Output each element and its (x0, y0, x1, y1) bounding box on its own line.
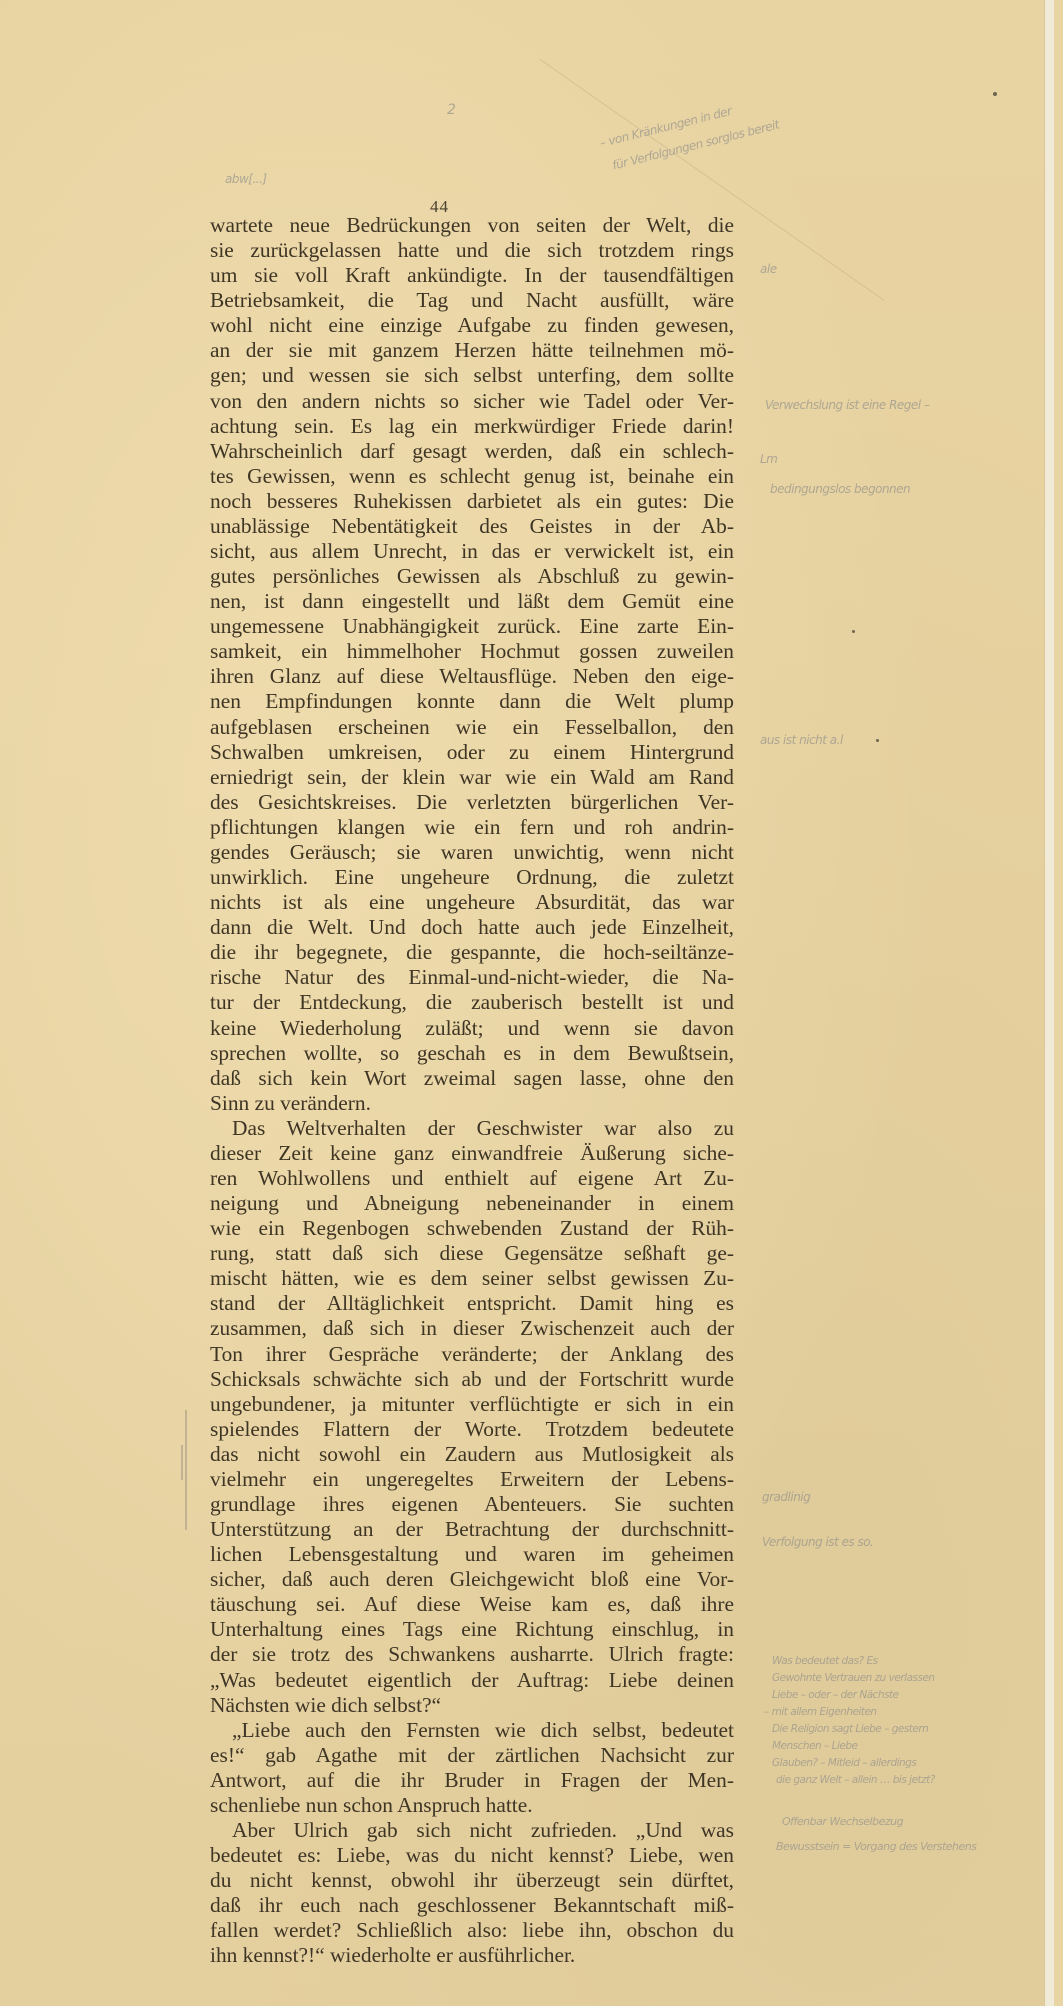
text-line: vielmehr ein ungeregeltes Erweitern der … (210, 1467, 734, 1492)
text-line: spielendes Flattern der Worte. Trotzdem … (210, 1417, 734, 1442)
pencil-note-margin-5: aus ist nicht a.l (760, 733, 843, 747)
text-line: noch besseres Ruhekissen darbietet als e… (210, 489, 734, 514)
text-line: tes Gewissen, wenn es schlecht genug ist… (210, 464, 734, 489)
text-line: unwirklich. Eine ungeheure Ordnung, die … (210, 865, 734, 890)
pencil-note-margin-14: Glauben? – Mitleid – allerdings (772, 1757, 916, 1769)
text-line: Ton ihrer Gespräche veränderte; der Ankl… (210, 1342, 734, 1367)
text-line: gen; und wessen sie sich selbst unterfin… (210, 363, 734, 388)
text-line: tur der Entdeckung, die zauberisch beste… (210, 990, 734, 1015)
text-line: zusammen, daß sich in dieser Zwischenzei… (210, 1316, 734, 1341)
text-line: daß sich kein Wort zweimal sagen lasse, … (210, 1066, 734, 1091)
text-line: stand der Alltäglichkeit entspricht. Dam… (210, 1291, 734, 1316)
text-line: du nicht kennst, obwohl ihr überzeugt se… (210, 1868, 734, 1893)
paragraph-end-line: ihn kennst?!“ wiederholte er ausführlich… (210, 1943, 734, 1968)
text-line: sie zurückgelassen hatte und die sich tr… (210, 238, 734, 263)
paragraph-end-line: Sinn zu verändern. (210, 1091, 734, 1116)
pencil-mark-top: 2 (447, 102, 455, 118)
text-line: des Gesichtskreises. Die verletzten bürg… (210, 790, 734, 815)
text-line: erniedrigt sein, der klein war wie ein W… (210, 765, 734, 790)
text-line: Betriebsamkeit, die Tag und Nacht ausfül… (210, 288, 734, 313)
pencil-note-margin-3: Lm (760, 452, 777, 466)
text-line: es!“ gab Agathe mit der zärtlichen Nachs… (210, 1743, 734, 1768)
text-line: dieser Zeit keine ganz einwandfreie Äuße… (210, 1141, 734, 1166)
pencil-note-margin-2: Verwechslung ist eine Regel – (765, 398, 929, 412)
text-line: grundlage ihres eigenen Abenteuers. Sie … (210, 1492, 734, 1517)
text-line: ungebundener, ja mitunter verflüchtigte … (210, 1392, 734, 1417)
document-page: 2 – von Kränkungen in der für Verfolgung… (0, 0, 1054, 2006)
text-line: nen Empfindungen konnte dann die Welt pl… (210, 689, 734, 714)
paper-spot (876, 739, 879, 742)
pencil-note-margin-12: Die Religion sagt Liebe – gestern (772, 1723, 928, 1735)
text-line: an der sie mit ganzem Herzen hätte teiln… (210, 338, 734, 363)
pencil-note-margin-13: Menschen – Liebe (772, 1740, 857, 1752)
text-line: Schicksals schwächte sich ab und der For… (210, 1367, 734, 1392)
pencil-margin-bar (181, 1445, 183, 1480)
pencil-note-margin-11: – mit allem Eigenheiten (764, 1706, 877, 1718)
paragraph-end-line: Nächsten wie dich selbst?“ (210, 1693, 734, 1718)
paper-spot (852, 630, 855, 633)
text-line: gendes Geräusch; sie waren unwichtig, we… (210, 840, 734, 865)
text-line: rische Natur des Einmal-und-nicht-wieder… (210, 965, 734, 990)
pencil-note-margin-17: Bewusstsein = Vorgang des Verstehens (776, 1840, 977, 1853)
text-line: lichen Lebensgestaltung und waren im geh… (210, 1542, 734, 1567)
text-line: rung, statt daß sich diese Gegensätze se… (210, 1241, 734, 1266)
paragraph-start-line: Aber Ulrich gab sich nicht zufrieden. „U… (210, 1818, 734, 1843)
text-line: das nicht sowohl ein Zaudern aus Mutlosi… (210, 1442, 734, 1467)
text-line: von den andern nichts so sicher wie Tade… (210, 389, 734, 414)
text-line: gutes persönliches Gewissen als Abschluß… (210, 564, 734, 589)
page-edge (1044, 0, 1054, 2006)
pencil-note-margin-1: ale (760, 262, 777, 276)
pencil-note-margin-10: Liebe – oder – der Nächste (772, 1689, 899, 1701)
text-line: ren Wohlwollens und enthielt auf eigene … (210, 1166, 734, 1191)
text-line: wie ein Regenbogen schwebenden Zustand d… (210, 1216, 734, 1241)
text-line: Antwort, auf die ihr Bruder in Fragen de… (210, 1768, 734, 1793)
text-line: bedeutet es: Liebe, was du nicht kennst?… (210, 1843, 734, 1868)
text-line: ungemessene Unabhängigkeit zurück. Eine … (210, 614, 734, 639)
text-line: ihren Glanz auf diese Weltausflüge. Nebe… (210, 664, 734, 689)
pencil-note-margin-9: Gewohnte Vertrauen zu verlassen (772, 1672, 935, 1684)
text-line: mischt hätten, wie es dem seiner selbst … (210, 1266, 734, 1291)
pencil-note-margin-16: Offenbar Wechselbezug (782, 1815, 903, 1828)
text-line: um sie voll Kraft ankündigte. In der tau… (210, 263, 734, 288)
pencil-note-margin-7: Verfolgung ist es so. (762, 1535, 873, 1549)
text-line: Schwalben umkreisen, oder zu einem Hinte… (210, 740, 734, 765)
text-line: samkeit, ein himmelhoher Hochmut gossen … (210, 639, 734, 664)
body-text: wartete neue Bedrückungen von seiten der… (210, 213, 734, 1968)
text-line: die ihr begegnete, die gespannte, die ho… (210, 940, 734, 965)
text-line: täuschung sei. Auf diese Weise kam es, d… (210, 1592, 734, 1617)
text-line: daß ihr euch nach geschlossener Bekannts… (210, 1893, 734, 1918)
text-line: nen, ist dann eingestellt und läßt dem G… (210, 589, 734, 614)
text-line: achtung sein. Es lag ein merkwürdiger Fr… (210, 414, 734, 439)
text-line: „Was bedeutet eigentlich der Auftrag: Li… (210, 1668, 734, 1693)
text-line: unablässige Nebentätigkeit des Geistes i… (210, 514, 734, 539)
text-line: aufgeblasen erscheinen wie ein Fesselbal… (210, 715, 734, 740)
text-line: sicht, aus allem Unrecht, in das er verw… (210, 539, 734, 564)
text-line: wohl nicht eine einzige Aufgabe zu finde… (210, 313, 734, 338)
pencil-note-margin-8: Was bedeutet das? Es (772, 1655, 878, 1667)
text-line: sprechen wollte, so geschah es in dem Be… (210, 1041, 734, 1066)
text-line: Unterhaltung eines Tags eine Richtung ei… (210, 1617, 734, 1642)
text-line: dann die Welt. Und doch hatte auch jede … (210, 915, 734, 940)
pencil-note-top-left: abw[...] (225, 172, 267, 186)
text-line: Unterstützung an der Betrachtung der dur… (210, 1517, 734, 1542)
text-line: fallen werdet? Schließlich also: liebe i… (210, 1918, 734, 1943)
text-line: nichts ist als eine ungeheure Absurdität… (210, 890, 734, 915)
paragraph-end-line: schenliebe nun schon Anspruch hatte. (210, 1793, 734, 1818)
text-line: wartete neue Bedrückungen von seiten der… (210, 213, 734, 238)
paragraph-start-line: Das Weltverhalten der Geschwister war al… (210, 1116, 734, 1141)
text-line: sicher, daß auch deren Gleichgewicht blo… (210, 1567, 734, 1592)
paragraph-start-line: „Liebe auch den Fernsten wie dich selbst… (210, 1718, 734, 1743)
text-line: Wahrscheinlich darf gesagt werden, daß e… (210, 439, 734, 464)
text-line: neigung und Abneigung nebeneinander in e… (210, 1191, 734, 1216)
text-line: der sie trotz des Schwankens ausharrte. … (210, 1642, 734, 1667)
pencil-note-margin-4: bedingungslos begonnen (770, 482, 910, 496)
paper-spot (993, 92, 997, 96)
pencil-note-margin-6: gradlinig (762, 1490, 810, 1504)
pencil-margin-bar (185, 1410, 187, 1530)
pencil-note-margin-15: die ganz Welt – allein … bis jetzt? (776, 1774, 935, 1786)
text-line: keine Wiederholung zuläßt; und wenn sie … (210, 1016, 734, 1041)
text-line: pflichtungen klangen wie ein fern und ro… (210, 815, 734, 840)
